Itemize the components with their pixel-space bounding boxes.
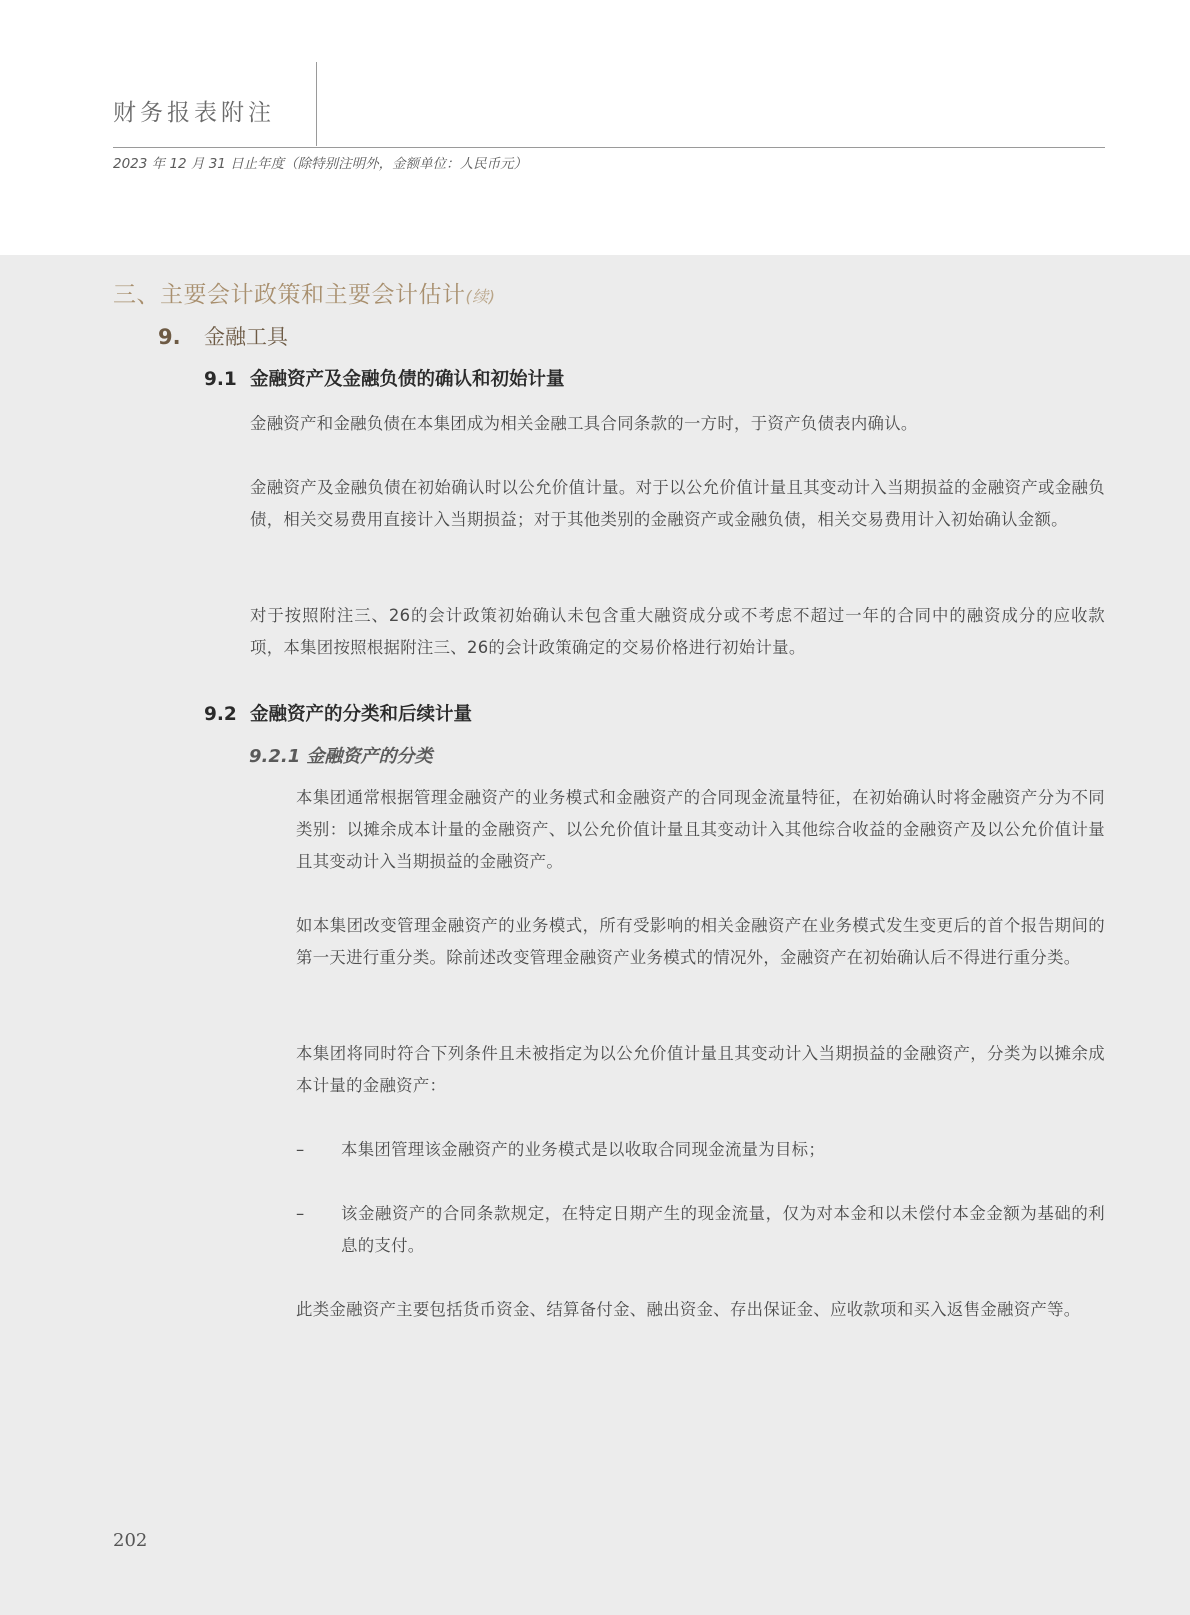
subsection-number: 9. [158, 325, 204, 349]
sub-item-number: 9.2.1 [249, 746, 300, 767]
document-title: 财务报表附注 [113, 94, 275, 127]
item-title: 金融资产的分类和后续计量 [250, 704, 472, 725]
page-number: 202 [113, 1530, 147, 1551]
paragraph: 金融资产和金融负债在本集团成为相关金融工具合同条款的一方时，于资产负债表内确认。 [250, 408, 1105, 440]
sub-item-title: 金融资产的分类 [307, 746, 433, 767]
document-subtitle: 2023 年 12 月 31 日止年度（除特别注明外，金额单位：人民币元） [113, 152, 527, 172]
paragraph: 如本集团改变管理金融资产的业务模式，所有受影响的相关金融资产在业务模式发生变更后… [296, 910, 1105, 974]
dash-bullet-icon: – [296, 1134, 341, 1166]
continued-label: (续) [466, 287, 496, 306]
item-heading-9-1: 9.1金融资产及金融负债的确认和初始计量 [204, 365, 565, 391]
paragraph: 本集团将同时符合下列条件且未被指定为以公允价值计量且其变动计入当期损益的金融资产… [296, 1038, 1105, 1102]
bullet-text: 该金融资产的合同条款规定，在特定日期产生的现金流量，仅为对本金和以未偿付本金金额… [341, 1198, 1105, 1262]
subsection-heading: 9.金融工具 [158, 321, 288, 351]
section-heading: 三、主要会计政策和主要会计估计(续) [113, 276, 496, 309]
bullet-item: – 本集团管理该金融资产的业务模式是以收取合同现金流量为目标； [296, 1134, 1105, 1166]
paragraph: 对于按照附注三、26的会计政策初始确认未包含重大融资成分或不考虑不超过一年的合同… [250, 600, 1105, 664]
page-header: 财务报表附注 2023 年 12 月 31 日止年度（除特别注明外，金额单位：人… [0, 0, 1190, 255]
paragraph: 金融资产及金融负债在初始确认时以公允价值计量。对于以公允价值计量且其变动计入当期… [250, 472, 1105, 536]
item-number: 9.2 [204, 704, 250, 725]
dash-bullet-icon: – [296, 1198, 341, 1262]
bullet-item: – 该金融资产的合同条款规定，在特定日期产生的现金流量，仅为对本金和以未偿付本金… [296, 1198, 1105, 1262]
header-vertical-divider [316, 62, 317, 146]
paragraph-closing: 此类金融资产主要包括货币资金、结算备付金、融出资金、存出保证金、应收款项和买入返… [296, 1294, 1105, 1326]
subsection-title: 金融工具 [204, 325, 288, 349]
item-title: 金融资产及金融负债的确认和初始计量 [250, 369, 565, 390]
section-heading-text: 三、主要会计政策和主要会计估计 [113, 282, 466, 308]
header-rule [113, 147, 1105, 148]
item-number: 9.1 [204, 369, 250, 390]
sub-item-heading-9-2-1: 9.2.1 金融资产的分类 [249, 742, 433, 768]
bullet-text: 本集团管理该金融资产的业务模式是以收取合同现金流量为目标； [341, 1134, 1105, 1166]
item-heading-9-2: 9.2金融资产的分类和后续计量 [204, 700, 472, 726]
paragraph: 本集团通常根据管理金融资产的业务模式和金融资产的合同现金流量特征，在初始确认时将… [296, 782, 1105, 878]
